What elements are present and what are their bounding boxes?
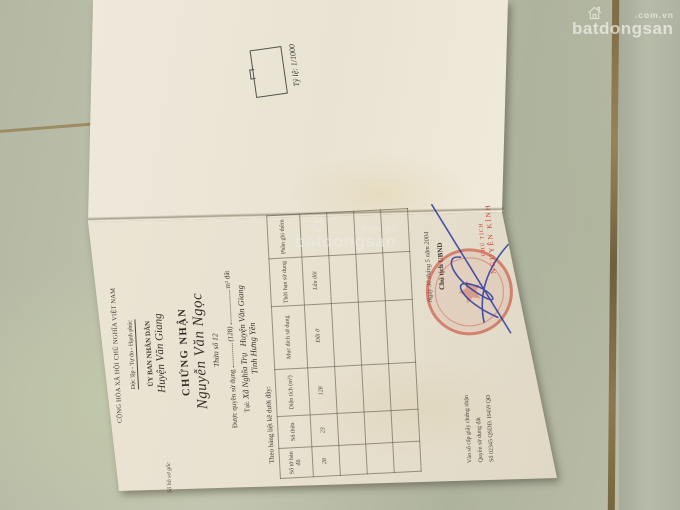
photo-land-certificate-on-tile-floor: Tỷ lệ: 1/1000 CỘNG HÒA XÃ HỘI CHỦ NGHĨA … bbox=[0, 0, 680, 510]
plot-rectangle-drawing bbox=[250, 46, 288, 98]
col-land-use: Mục đích sử dụng bbox=[271, 305, 307, 370]
watermark-brand: batdongsan bbox=[572, 20, 678, 39]
col-plot-number: Số thửa bbox=[277, 415, 312, 448]
house-icon bbox=[309, 219, 326, 233]
cell-area: 128 bbox=[308, 366, 337, 415]
national-motto-line2: Độc lập - Tự do - Hạnh phúc bbox=[127, 320, 139, 390]
cell-land-use: Đất ở bbox=[304, 303, 334, 367]
col-area: Diện tích (m²) bbox=[275, 368, 310, 417]
house-icon bbox=[586, 6, 603, 20]
watermark-brand: batdongsan bbox=[295, 233, 401, 252]
watermark-center: .com.vn batdongsan bbox=[295, 219, 401, 252]
chairman-signature bbox=[425, 193, 517, 345]
grant-area-value: (128) bbox=[226, 326, 235, 342]
cell-map-sheet: 28 bbox=[312, 445, 341, 477]
col-map-sheet: Số tờ bản đồ bbox=[279, 447, 314, 479]
col-duration: Thời hạn sử dụng bbox=[269, 258, 304, 307]
location-label: Tại: bbox=[243, 401, 252, 413]
grant-prefix: Được quyền sử dụng bbox=[228, 369, 239, 428]
watermark-top-right: .com.vn batdongsan bbox=[572, 6, 678, 39]
grant-suffix: m² đất bbox=[223, 271, 232, 289]
cell-plot-number: 23 bbox=[310, 414, 339, 447]
cell-duration: Lâu dài bbox=[302, 256, 331, 305]
plot-sketch: Tỷ lệ: 1/1000 bbox=[220, 10, 317, 107]
